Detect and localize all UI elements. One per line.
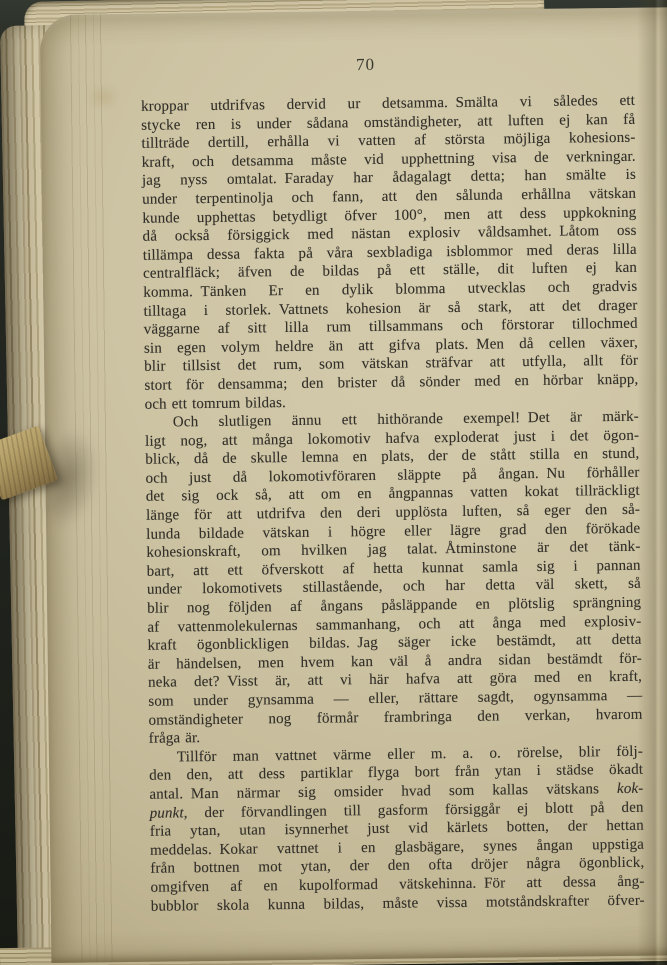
paragraph: Och slutligen ännu ett hithörande exempe…: [145, 408, 643, 749]
gutter-shading: [637, 0, 667, 965]
paragraphs: kroppar utdrifvas dervid ur detsamma. Sm…: [141, 92, 645, 916]
book-page: 70 kroppar utdrifvas dervid ur detsamma.…: [40, 7, 667, 963]
paper-stain: [86, 84, 120, 110]
paragraph: kroppar utdrifvas dervid ur detsamma. Sm…: [141, 92, 639, 414]
paragraph: Tillför man vattnet värme eller m. a. o.…: [149, 742, 645, 915]
page-number: 70: [140, 52, 634, 78]
text-block: 70 kroppar utdrifvas dervid ur detsamma.…: [140, 52, 644, 916]
scanned-book-photo: 70 kroppar utdrifvas dervid ur detsamma.…: [0, 0, 667, 965]
